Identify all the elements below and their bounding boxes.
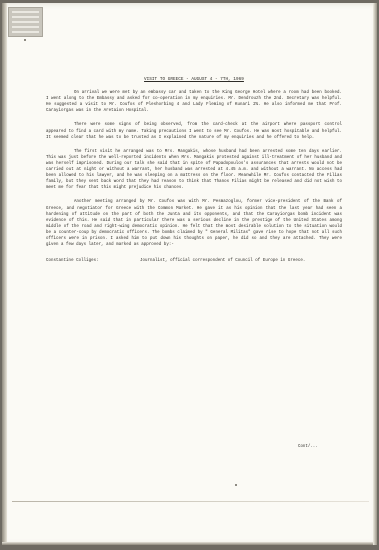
paragraph-another-meeting: Another meeting arranged by Mr. Coufos w… <box>46 199 342 248</box>
paragraph-observed: There were some signs of being observed,… <box>46 122 342 140</box>
contact-entry: Constantine Colliges: Journalist, offici… <box>46 258 342 264</box>
paragraph-first-visit: The first visit he arranged was to Mrs. … <box>46 149 342 192</box>
document-title: VISIT TO GREECE - AUGUST 4 - 7TH, 1969 <box>46 77 342 83</box>
contact-name: Constantine Colliges: <box>46 258 140 264</box>
fold-line <box>12 501 369 502</box>
paragraph-arrival: On arrival we were met by an embassy car… <box>46 90 342 114</box>
archive-stamp <box>8 7 43 37</box>
document-body: VISIT TO GREECE - AUGUST 4 - 7TH, 1969 O… <box>46 77 342 264</box>
contact-description: Journalist, official correspondent of Co… <box>140 258 342 264</box>
paper-speck <box>235 484 237 486</box>
continued-marker: Cont/... <box>298 445 318 449</box>
page-edge <box>2 542 377 545</box>
scanned-document-page: VISIT TO GREECE - AUGUST 4 - 7TH, 1969 O… <box>2 3 377 545</box>
paper-speck <box>24 39 26 41</box>
